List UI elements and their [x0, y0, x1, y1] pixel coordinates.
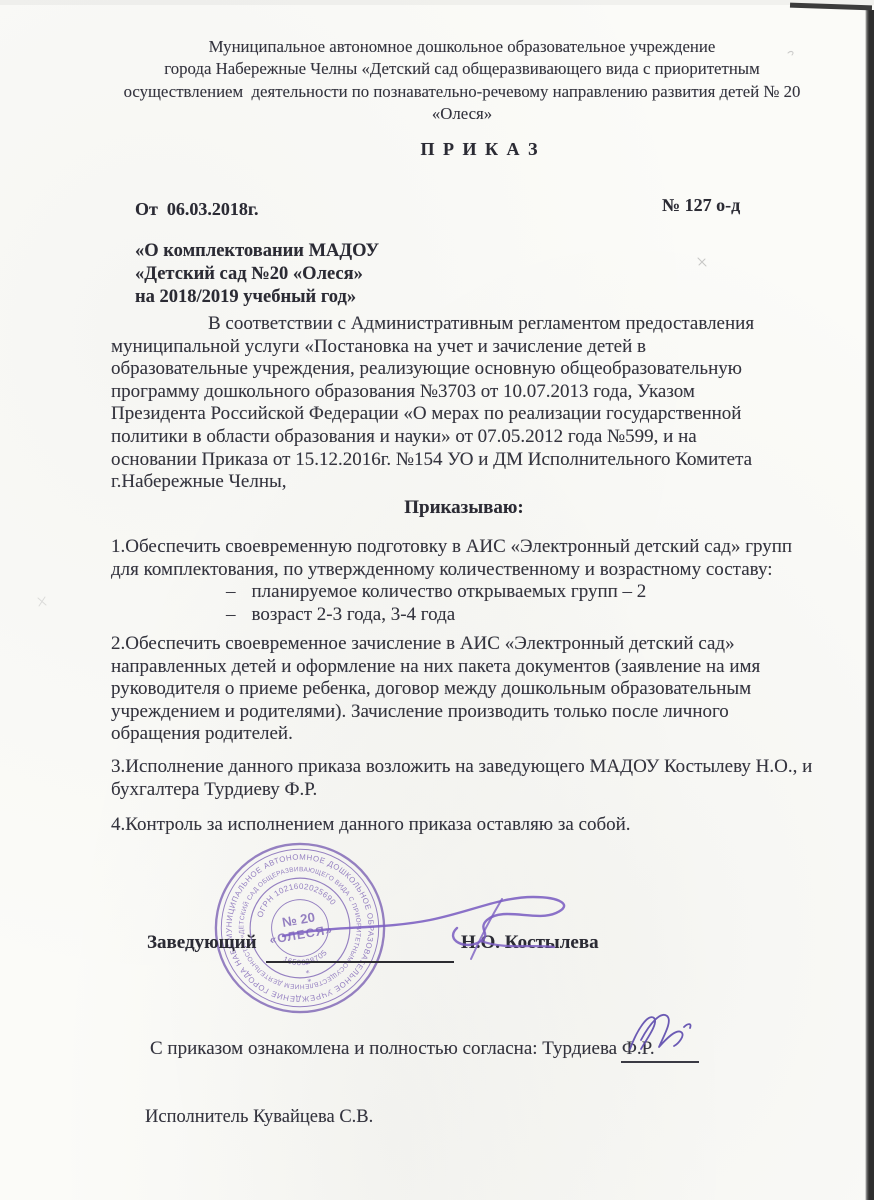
signature-name: Н.О. Костылева	[461, 932, 599, 955]
bullet-dash: –	[226, 581, 236, 604]
acknowledgement-signature-line	[621, 1061, 699, 1063]
official-stamp: МУНИЦИПАЛЬНОЕ АВТОНОМНОЕ ДОШКОЛЬНОЕ ОБРА…	[212, 840, 388, 1016]
order-item-1-bullets: – планируемое количество открываемых гру…	[111, 581, 791, 626]
order-item-1: 1.Обеспечить своевременную подготовку в …	[111, 536, 817, 581]
executor-line: Исполнитель Кувайцева С.В.	[145, 1106, 373, 1129]
order-item-4: 4.Контроль за исполнением данного приказ…	[111, 814, 823, 837]
bullet-item-1: – планируемое количество открываемых гру…	[111, 581, 791, 604]
order-subject: «О комплектовании МАДОУ «Детский сад №20…	[135, 240, 565, 309]
acknowledgement-line: С приказом ознакомлена и полностью согла…	[150, 1038, 655, 1061]
order-subject-line-2: «Детский сад №20 «Олеся»	[135, 263, 565, 286]
order-subject-line-3: на 2018/2019 учебный год»	[135, 286, 565, 309]
scanned-document-page: { "document": { "org_header": { "lines":…	[0, 0, 874, 1200]
org-header-line-3: осуществлением деятельности по познавате…	[62, 81, 862, 103]
signature-line	[266, 961, 454, 963]
order-title: П Р И К А З	[100, 138, 860, 161]
bullet-dash: –	[226, 604, 236, 627]
order-item-3: 3.Исполнение данного приказа возложить н…	[111, 756, 823, 801]
org-header: Муниципальное автономное дошкольное обра…	[62, 36, 862, 126]
bullet-item-2-text: возраст 2-3 года, 3-4 года	[252, 604, 456, 627]
org-header-line-4: «Олеся»	[62, 103, 862, 125]
order-item-2: 2.Обеспечить своевременное зачисление в …	[111, 633, 811, 746]
resolution-heading: Приказываю:	[111, 497, 817, 520]
scan-edge-shadow	[865, 10, 874, 1200]
order-date: От 06.03.2018г.	[135, 198, 259, 221]
signature-role-label: Заведующий	[147, 932, 257, 955]
org-header-line-2: города Набережные Челны «Детский сад общ…	[62, 58, 862, 80]
scan-speck-3	[38, 597, 46, 606]
order-subject-line-1: «О комплектовании МАДОУ	[135, 240, 565, 263]
bullet-item-1-text: планируемое количество открываемых групп…	[252, 581, 647, 604]
scan-top-shadow	[0, 0, 874, 5]
scan-speck-1	[698, 258, 706, 266]
bullet-item-2: – возраст 2-3 года, 3-4 года	[111, 604, 791, 627]
org-header-line-1: Муниципальное автономное дошкольное обра…	[62, 36, 862, 58]
order-number: № 127 о-д	[662, 194, 740, 217]
preamble-paragraph: В соответствии с Административным реглам…	[111, 313, 783, 494]
